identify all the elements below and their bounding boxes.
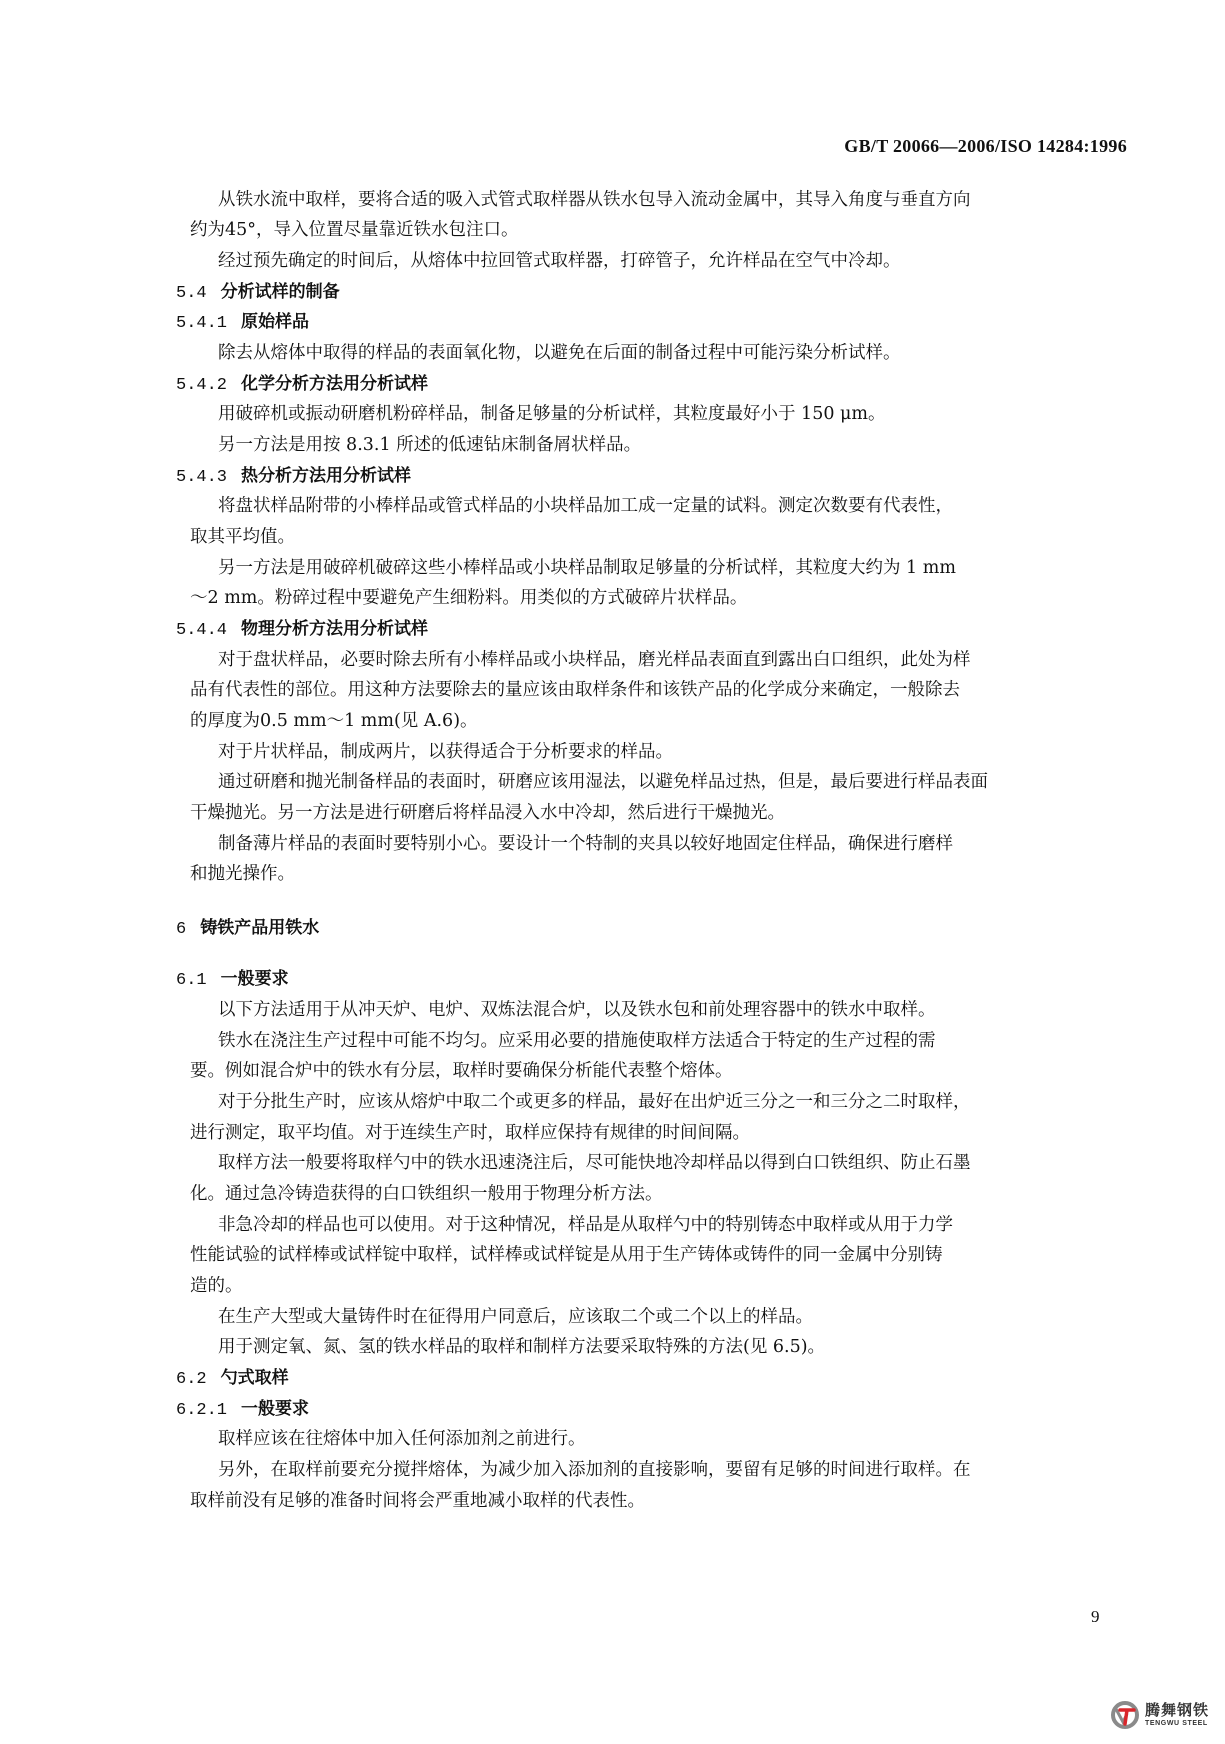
paragraph-line: 从铁水流中取样，要将合适的吸入式管式取样器从铁水包导入流动金属中，其导入角度与垂… [218, 186, 971, 214]
paragraph-line: 对于片状样品，制成两片，以获得适合于分析要求的样品。 [218, 738, 673, 766]
paragraph-line: 品有代表性的部位。用这种方法要除去的量应该由取样条件和该铁产品的化学成分来确定，… [190, 676, 960, 704]
paragraph-line: 对于盘状样品，必要时除去所有小棒样品或小块样品，磨光样品表面直到露出白口组织，此… [218, 646, 971, 674]
paragraph-line: ～2 mm。粉碎过程中要避免产生细粉料。用类似的方式破碎片状样品。 [190, 584, 747, 612]
paragraph-line: 和抛光操作。 [190, 860, 295, 888]
paragraph-line: 取其平均值。 [190, 523, 295, 551]
paragraph-line: 除去从熔体中取得的样品的表面氧化物，以避免在后面的制备过程中可能污染分析试样。 [218, 339, 901, 367]
paragraph-line: 另一方法是用破碎机破碎这些小棒样品或小块样品制取足够量的分析试样，其粒度大约为 … [218, 554, 956, 582]
section-number: 6.1 [176, 967, 207, 995]
section-title: 勺式取样 [221, 1368, 289, 1388]
paragraph-line: 取样应该在往熔体中加入任何添加剂之前进行。 [218, 1425, 586, 1453]
paragraph-line: 用于测定氧、氮、氢的铁水样品的取样和制样方法要采取特殊的方法(见 6.5)。 [218, 1333, 825, 1361]
section-heading: 6.2勺式取样 [176, 1364, 289, 1394]
tengwu-logo-icon [1110, 1700, 1140, 1730]
paragraph-line: 干燥抛光。另一方法是进行研磨后将样品浸入水中冷却，然后进行干燥抛光。 [190, 799, 785, 827]
paragraph-line: 造的。 [190, 1272, 243, 1300]
tengwu-logo: 腾舞钢铁 TENGWU STEEL [1110, 1700, 1209, 1730]
section-title: 原始样品 [241, 312, 309, 332]
paragraph-line: 对于分批生产时，应该从熔炉中取二个或更多的样品，最好在出炉近三分之一和三分之二时… [218, 1088, 971, 1116]
section-number: 5.4.4 [176, 617, 227, 645]
paragraph-line: 以下方法适用于从冲天炉、电炉、双炼法混合炉，以及铁水包和前处理容器中的铁水中取样… [218, 996, 936, 1024]
section-title: 分析试样的制备 [221, 282, 340, 302]
paragraph-line: 在生产大型或大量铸件时在征得用户同意后，应该取二个或二个以上的样品。 [218, 1303, 813, 1331]
paragraph-line: 另一方法是用按 8.3.1 所述的低速钻床制备屑状样品。 [218, 431, 641, 459]
paragraph-line: 另外，在取样前要充分搅拌熔体，为减少加入添加剂的直接影响，要留有足够的时间进行取… [218, 1456, 971, 1484]
paragraph-line: 进行测定，取平均值。对于连续生产时，取样应保持有规律的时间间隔。 [190, 1119, 750, 1147]
section-title: 一般要求 [221, 969, 289, 989]
paragraph-line: 的厚度为0.5 mm～1 mm(见 A.6)。 [190, 707, 478, 735]
logo-name-cn: 腾舞钢铁 [1145, 1703, 1209, 1718]
paragraph-line: 将盘状样品附带的小棒样品或管式样品的小块样品加工成一定量的试料。测定次数要有代表… [218, 492, 953, 520]
paragraph-line: 铁水在浇注生产过程中可能不均匀。应采用必要的措施使取样方法适合于特定的生产过程的… [218, 1027, 936, 1055]
section-title: 铸铁产品用铁水 [200, 918, 319, 938]
paragraph-line: 约为45°，导入位置尽量靠近铁水包注口。 [190, 216, 519, 244]
paragraph-line: 用破碎机或振动研磨机粉碎样品，制备足够量的分析试样，其粒度最好小于 150 μm… [218, 400, 886, 428]
section-heading: 6.1一般要求 [176, 965, 289, 995]
section-heading: 5.4.1原始样品 [176, 308, 309, 338]
paragraph-line: 取样前没有足够的准备时间将会严重地减小取样的代表性。 [190, 1487, 645, 1515]
section-heading: 5.4.2化学分析方法用分析试样 [176, 370, 428, 400]
section-heading: 6铸铁产品用铁水 [176, 914, 319, 944]
section-heading: 5.4.4物理分析方法用分析试样 [176, 615, 428, 645]
section-number: 5.4.3 [176, 464, 227, 492]
section-number: 6.2.1 [176, 1397, 227, 1425]
paragraph-line: 化。通过急冷铸造获得的白口铁组织一般用于物理分析方法。 [190, 1180, 663, 1208]
paragraph-line: 性能试验的试样棒或试样锭中取样，试样棒或试样锭是从用于生产铸体或铸件的同一金属中… [190, 1241, 943, 1269]
standard-code-header: GB/T 20066—2006/ISO 14284:1996 [844, 136, 1127, 157]
section-title: 热分析方法用分析试样 [241, 466, 411, 486]
section-number: 6 [176, 916, 186, 944]
paragraph-line: 取样方法一般要将取样勺中的铁水迅速浇注后，尽可能快地冷却样品以得到白口铁组织、防… [218, 1149, 971, 1177]
section-number: 5.4.2 [176, 372, 227, 400]
section-number: 6.2 [176, 1366, 207, 1394]
logo-name-en: TENGWU STEEL [1145, 1720, 1209, 1727]
section-number: 5.4 [176, 280, 207, 308]
paragraph-line: 通过研磨和抛光制备样品的表面时，研磨应该用湿法，以避免样品过热，但是，最后要进行… [218, 768, 988, 796]
section-heading: 5.4.3热分析方法用分析试样 [176, 462, 411, 492]
section-number: 5.4.1 [176, 310, 227, 338]
section-heading: 5.4分析试样的制备 [176, 278, 340, 308]
page-number: 9 [1091, 1607, 1100, 1627]
section-heading: 6.2.1一般要求 [176, 1395, 309, 1425]
paragraph-line: 要。例如混合炉中的铁水有分层，取样时要确保分析能代表整个熔体。 [190, 1057, 733, 1085]
section-title: 一般要求 [241, 1399, 309, 1419]
section-title: 物理分析方法用分析试样 [241, 619, 428, 639]
paragraph-line: 制备薄片样品的表面时要特别小心。要设计一个特制的夹具以较好地固定住样品，确保进行… [218, 830, 953, 858]
paragraph-line: 经过预先确定的时间后，从熔体中拉回管式取样器，打碎管子，允许样品在空气中冷却。 [218, 247, 901, 275]
section-title: 化学分析方法用分析试样 [241, 374, 428, 394]
paragraph-line: 非急冷却的样品也可以使用。对于这种情况，样品是从取样勺中的特别铸态中取样或从用于… [218, 1211, 953, 1239]
